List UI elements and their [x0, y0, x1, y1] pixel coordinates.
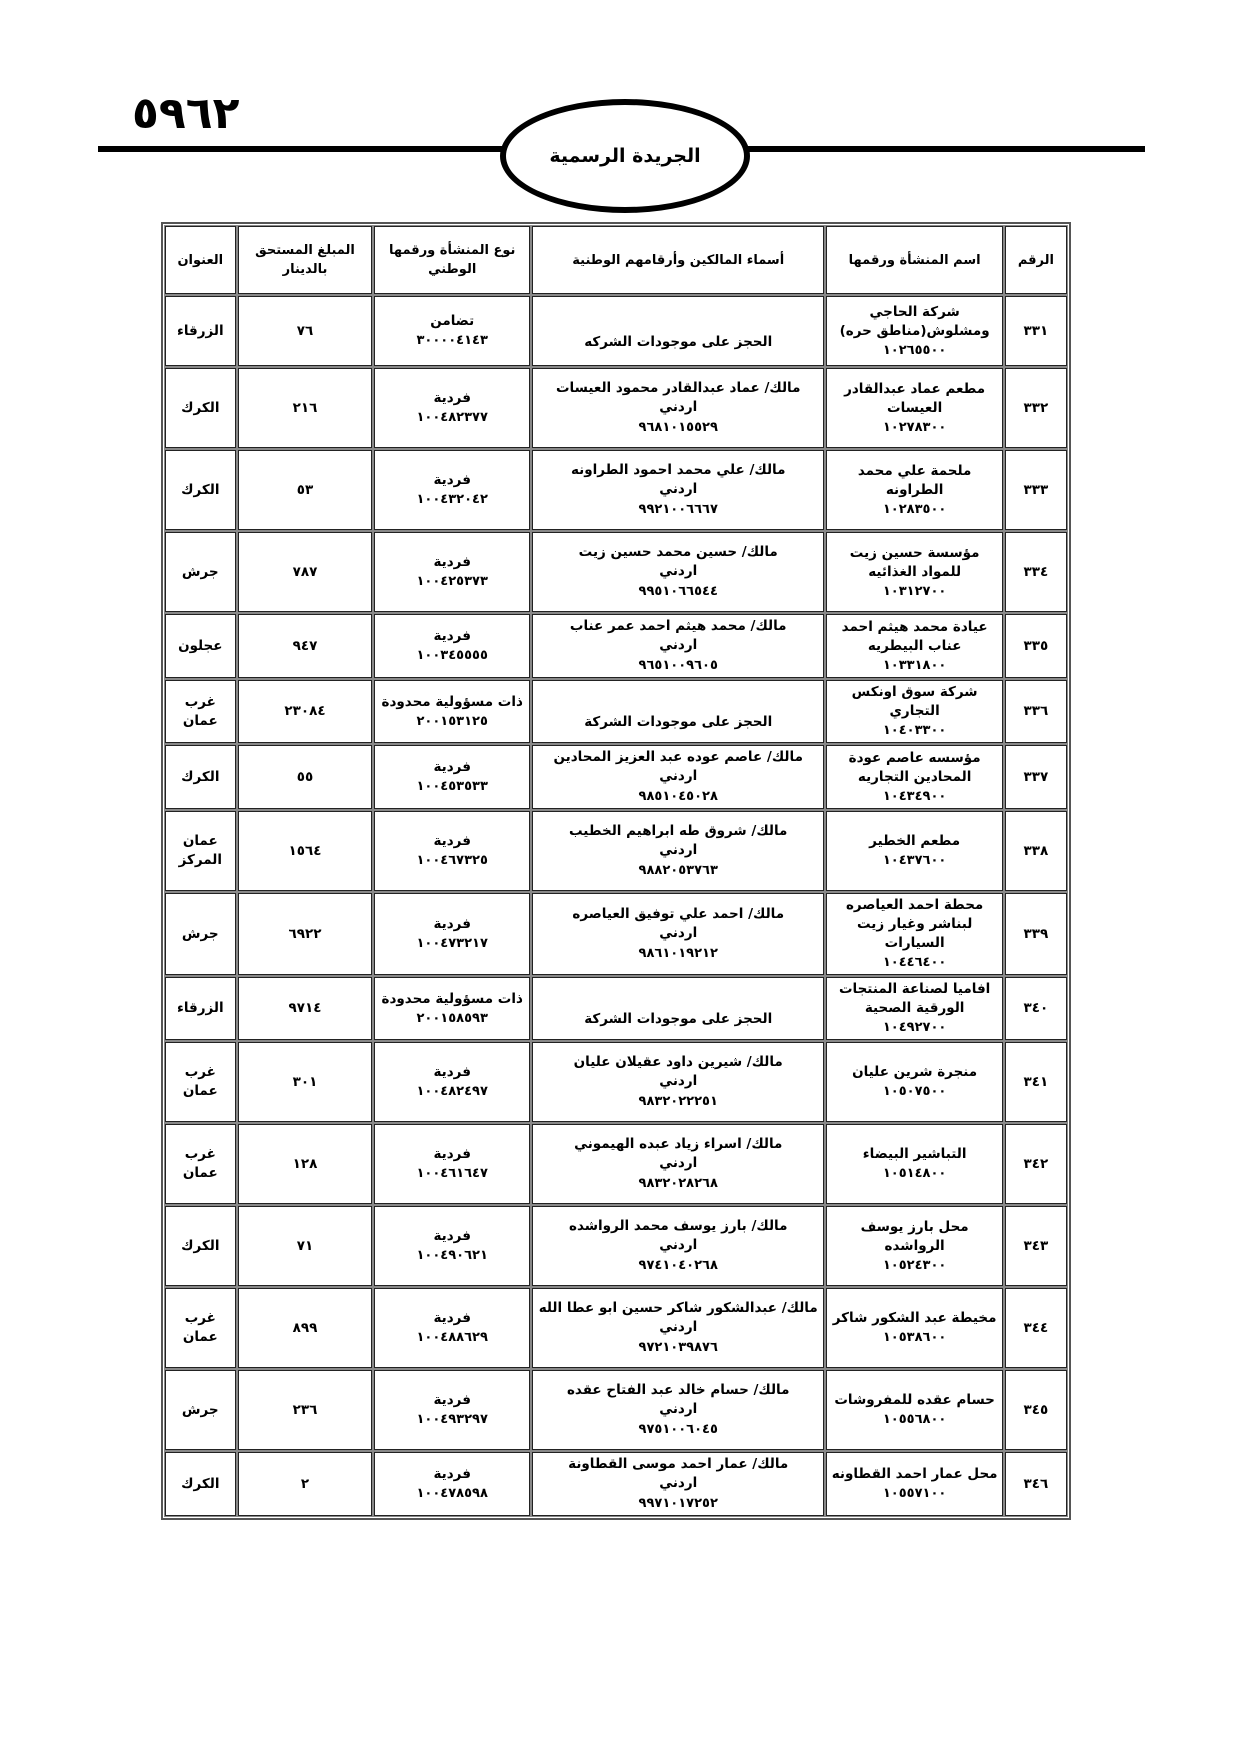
column-header-number: الرقم — [1005, 226, 1067, 294]
type-national-id: ١٠٠٤٦١٦٤٧ — [379, 1164, 525, 1183]
establishment-cell: مخيطة عبد الشكور شاكر١٠٥٣٨٦٠٠ — [826, 1288, 1002, 1368]
amount-due: ٢٣٠٨٤ — [238, 680, 373, 743]
establishment-cell: شركة الحاجيومشلوش(مناطق حره)١٠٢٦٥٥٠٠ — [826, 296, 1002, 366]
establishment-id: ١٠٤٠٣٣٠٠ — [831, 721, 997, 740]
header-rule-left — [98, 146, 504, 152]
establishment-type: فردية — [379, 553, 525, 572]
owner-name: مالك/ شيرين داود عقيلان عليان — [537, 1053, 819, 1072]
type-national-id: ١٠٠٤٨٢٣٧٧ — [379, 408, 525, 427]
establishment-name: محل بارز يوسف — [831, 1218, 997, 1237]
row-number: ٣٤١ — [1005, 1042, 1067, 1122]
establishment-name: ملحمة علي محمد الطراونه — [831, 462, 997, 500]
type-cell: فردية١٠٠٤٣٢٠٤٢ — [374, 450, 530, 530]
row-number: ٣٣٩ — [1005, 893, 1067, 975]
seizure-note: الحجز على موجودات الشركة — [537, 713, 819, 732]
establishment-id: ١٠٤٣٧٦٠٠ — [831, 851, 997, 870]
owner-cell: الحجز على موجودات الشركه — [532, 296, 824, 366]
owner-cell: مالك/ شيرين داود عقيلان علياناردني٩٨٣٢٠٢… — [532, 1042, 824, 1122]
owner-nationality: اردني — [537, 841, 819, 860]
establishment-name: مخيطة عبد الشكور شاكر — [831, 1309, 997, 1328]
type-cell: فردية١٠٠٤٦٧٣٢٥ — [374, 811, 530, 891]
owner-national-id: ٩٧٤١٠٤٠٢٦٨ — [537, 1256, 819, 1275]
address-cell: الكرك — [165, 368, 236, 448]
owner-name: مالك/ احمد علي توفيق العياصره — [537, 905, 819, 924]
establishment-id: ١٠٥٥٧١٠٠ — [831, 1484, 997, 1503]
establishment-type: فردية — [379, 1391, 525, 1410]
owner-nationality: اردني — [537, 1236, 819, 1255]
table-row: ٣٣٦شركة سوق اونكسالتجاري١٠٤٠٣٣٠٠الحجز عل… — [165, 680, 1067, 743]
owner-cell: مالك/ علي محمد احمود الطراونهاردني٩٩٢١٠٠… — [532, 450, 824, 530]
type-cell: فردية١٠٠٤٨٢٤٩٧ — [374, 1042, 530, 1122]
type-cell: فردية١٠٠٤٩٠٦٢١ — [374, 1206, 530, 1286]
owner-national-id: ٩٩٥١٠٦٦٥٤٤ — [537, 582, 819, 601]
establishment-cell: مؤسسه عاصم عودةالمحادين التجاريه١٠٤٣٤٩٠٠ — [826, 745, 1002, 809]
publication-title: الجريدة الرسمية — [549, 145, 700, 167]
establishments-table: الرقم اسم المنشأة ورقمها أسماء المالكين … — [161, 222, 1071, 1520]
address-cell: الكرك — [165, 745, 236, 809]
owner-cell: مالك/ اسراء زياد عبده الهيمونياردني٩٨٣٢٠… — [532, 1124, 824, 1204]
owner-nationality: اردني — [537, 480, 819, 499]
address-cell: غربعمان — [165, 680, 236, 743]
address-line: جرش — [170, 925, 231, 944]
type-cell: فردية١٠٠٤٦١٦٤٧ — [374, 1124, 530, 1204]
address-line: غرب — [170, 1309, 231, 1328]
owner-national-id: ٩٩٢١٠٠٦٦٦٧ — [537, 500, 819, 519]
header-rule-right — [747, 146, 1145, 152]
establishment-name: الورقية الصحية — [831, 999, 997, 1018]
owner-cell: مالك/ شروق طه ابراهيم الخطيباردني٩٨٨٢٠٥٣… — [532, 811, 824, 891]
table-row: ٣٤٣محل بارز يوسفالرواشده١٠٥٢٤٣٠٠مالك/ با… — [165, 1206, 1067, 1286]
establishment-name: مطعم الخطير — [831, 832, 997, 851]
establishment-id: ١٠٣٣١٨٠٠ — [831, 656, 997, 675]
table-row: ٣٣٧مؤسسه عاصم عودةالمحادين التجاريه١٠٤٣٤… — [165, 745, 1067, 809]
amount-due: ٧٨٧ — [238, 532, 373, 612]
amount-due: ٢٣٦ — [238, 1370, 373, 1450]
owner-cell: مالك/ عبدالشكور شاكر حسين ابو عطا اللهار… — [532, 1288, 824, 1368]
amount-due: ٣٠١ — [238, 1042, 373, 1122]
row-number: ٣٤٣ — [1005, 1206, 1067, 1286]
table-row: ٣٤٤مخيطة عبد الشكور شاكر١٠٥٣٨٦٠٠مالك/ عب… — [165, 1288, 1067, 1368]
establishment-name: العيسات — [831, 399, 997, 418]
address-cell: الكرك — [165, 1452, 236, 1516]
address-line: عمان — [170, 1328, 231, 1347]
type-national-id: ١٠٠٤٧٨٥٩٨ — [379, 1484, 525, 1503]
address-line: عمان — [170, 712, 231, 731]
establishment-cell: حسام عقده للمفروشات١٠٥٥٦٨٠٠ — [826, 1370, 1002, 1450]
owner-nationality: اردني — [537, 1072, 819, 1091]
address-cell: عمانالمركز — [165, 811, 236, 891]
address-line: غرب — [170, 1063, 231, 1082]
owner-cell: الحجز على موجودات الشركة — [532, 680, 824, 743]
table-header-row: الرقم اسم المنشأة ورقمها أسماء المالكين … — [165, 226, 1067, 294]
establishment-cell: التباشير البيضاء١٠٥١٤٨٠٠ — [826, 1124, 1002, 1204]
type-cell: فردية١٠٠٤٨٨٦٢٩ — [374, 1288, 530, 1368]
establishment-type: فردية — [379, 1465, 525, 1484]
owner-national-id: ٩٧٥١٠٠٦٠٤٥ — [537, 1420, 819, 1439]
column-header-address: العنوان — [165, 226, 236, 294]
owner-nationality: اردني — [537, 398, 819, 417]
amount-due: ٥٣ — [238, 450, 373, 530]
row-number: ٣٤٦ — [1005, 1452, 1067, 1516]
address-line: غرب — [170, 693, 231, 712]
address-line: عجلون — [170, 637, 231, 656]
establishment-id: ١٠٣١٢٧٠٠ — [831, 582, 997, 601]
row-number: ٣٣٥ — [1005, 614, 1067, 678]
row-number: ٣٣٤ — [1005, 532, 1067, 612]
owner-nationality: اردني — [537, 1400, 819, 1419]
establishment-cell: منجرة شرين عليان١٠٥٠٧٥٠٠ — [826, 1042, 1002, 1122]
type-national-id: ٢٠٠١٥٣١٢٥ — [379, 712, 525, 731]
establishment-type: فردية — [379, 758, 525, 777]
establishment-name: المحادين التجاريه — [831, 768, 997, 787]
type-national-id: ١٠٠٤٨٨٦٢٩ — [379, 1328, 525, 1347]
establishment-id: ١٠٤٤٦٤٠٠ — [831, 953, 997, 972]
establishment-cell: محطة احمد العياصرهلبناشر وغيار زيتالسيار… — [826, 893, 1002, 975]
establishment-id: ١٠٢٨٣٥٠٠ — [831, 500, 997, 519]
amount-due: ٧١ — [238, 1206, 373, 1286]
amount-due: ٢ — [238, 1452, 373, 1516]
type-cell: فردية١٠٠٤٧٣٢١٧ — [374, 893, 530, 975]
type-national-id: ١٠٠٤٩٠٦٢١ — [379, 1246, 525, 1265]
establishment-name: افاميا لصناعة المنتجات — [831, 980, 997, 999]
establishment-name: مطعم عماد عبدالقادر — [831, 380, 997, 399]
column-header-amount: المبلغ المستحق بالدينار — [238, 226, 373, 294]
establishment-type: فردية — [379, 1063, 525, 1082]
table-row: ٣٤٦محل عمار احمد القطاونه١٠٥٥٧١٠٠مالك/ ع… — [165, 1452, 1067, 1516]
owner-name: مالك/ شروق طه ابراهيم الخطيب — [537, 822, 819, 841]
table-row: ٣٤٢التباشير البيضاء١٠٥١٤٨٠٠مالك/ اسراء ز… — [165, 1124, 1067, 1204]
establishment-cell: شركة سوق اونكسالتجاري١٠٤٠٣٣٠٠ — [826, 680, 1002, 743]
amount-due: ٢١٦ — [238, 368, 373, 448]
establishment-id: ١٠٥٥٦٨٠٠ — [831, 1410, 997, 1429]
row-number: ٣٣١ — [1005, 296, 1067, 366]
type-cell: فردية١٠٠٤٩٣٢٩٧ — [374, 1370, 530, 1450]
establishment-type: تضامن — [379, 312, 525, 331]
type-national-id: ١٠٠٤٦٧٣٢٥ — [379, 851, 525, 870]
address-line: غرب — [170, 1145, 231, 1164]
address-cell: جرش — [165, 893, 236, 975]
type-national-id: ١٠٠٤٩٣٢٩٧ — [379, 1410, 525, 1429]
amount-due: ٨٩٩ — [238, 1288, 373, 1368]
owner-national-id: ٩٦٨١٠١٥٥٢٩ — [537, 418, 819, 437]
establishment-name: عناب البيطريه — [831, 637, 997, 656]
column-header-establishment: اسم المنشأة ورقمها — [826, 226, 1002, 294]
row-number: ٣٣٣ — [1005, 450, 1067, 530]
owner-name: مالك/ حسين محمد حسين زيت — [537, 543, 819, 562]
amount-due: ٩٤٧ — [238, 614, 373, 678]
masthead-oval: الجريدة الرسمية — [500, 99, 750, 213]
type-cell: فردية١٠٠٤٢٥٣٧٣ — [374, 532, 530, 612]
owner-national-id: ٩٨٣٢٠٢٨٢٦٨ — [537, 1174, 819, 1193]
address-cell: جرش — [165, 532, 236, 612]
address-line: الكرك — [170, 399, 231, 418]
address-line: الكرك — [170, 481, 231, 500]
owner-cell: مالك/ احمد علي توفيق العياصرهاردني٩٨٦١٠١… — [532, 893, 824, 975]
establishment-name: حسام عقده للمفروشات — [831, 1391, 997, 1410]
type-national-id: ١٠٠٣٤٥٥٥٥ — [379, 646, 525, 665]
establishment-name: التباشير البيضاء — [831, 1145, 997, 1164]
establishment-id: ١٠٥٢٤٣٠٠ — [831, 1256, 997, 1275]
establishment-cell: مطعم الخطير١٠٤٣٧٦٠٠ — [826, 811, 1002, 891]
owner-cell: مالك/ حسين محمد حسين زيتاردني٩٩٥١٠٦٦٥٤٤ — [532, 532, 824, 612]
type-national-id: ٣٠٠٠٠٤١٤٣ — [379, 331, 525, 350]
table-row: ٣٣٩محطة احمد العياصرهلبناشر وغيار زيتالس… — [165, 893, 1067, 975]
row-number: ٣٤٢ — [1005, 1124, 1067, 1204]
establishment-name: محل عمار احمد القطاونه — [831, 1465, 997, 1484]
owner-name: مالك/ اسراء زياد عبده الهيموني — [537, 1135, 819, 1154]
amount-due: ٥٥ — [238, 745, 373, 809]
owner-cell: مالك/ عاصم عوده عبد العزيز المحاديناردني… — [532, 745, 824, 809]
owner-cell: مالك/ حسام خالد عبد الفتاح عقدهاردني٩٧٥١… — [532, 1370, 824, 1450]
address-cell: غربعمان — [165, 1042, 236, 1122]
owner-national-id: ٩٨٦١٠١٩٢١٢ — [537, 944, 819, 963]
establishment-name: عيادة محمد هيثم احمد — [831, 618, 997, 637]
table-row: ٣٤٥حسام عقده للمفروشات١٠٥٥٦٨٠٠مالك/ حسام… — [165, 1370, 1067, 1450]
seizure-note: الحجز على موجودات الشركة — [537, 1010, 819, 1029]
owner-name: مالك/ عماد عبدالقادر محمود العيسات — [537, 379, 819, 398]
table-row: ٣٤٠افاميا لصناعة المنتجاتالورقية الصحية١… — [165, 977, 1067, 1040]
owner-cell: مالك/ عماد عبدالقادر محمود العيساتاردني٩… — [532, 368, 824, 448]
table-row: ٣٣٢مطعم عماد عبدالقادرالعيسات١٠٢٧٨٣٠٠مال… — [165, 368, 1067, 448]
establishment-cell: عيادة محمد هيثم احمدعناب البيطريه١٠٣٣١٨٠… — [826, 614, 1002, 678]
owner-cell: مالك/ عمار احمد موسى القطاونةاردني٩٩٧١٠١… — [532, 1452, 824, 1516]
establishment-name: شركة الحاجي — [831, 303, 997, 322]
owner-name: مالك/ حسام خالد عبد الفتاح عقده — [537, 1381, 819, 1400]
type-national-id: ١٠٠٤٣٢٠٤٢ — [379, 490, 525, 509]
address-cell: الكرك — [165, 450, 236, 530]
column-header-type: نوع المنشأة ورقمها الوطني — [374, 226, 530, 294]
establishment-name: مؤسسة حسين زيت — [831, 544, 997, 563]
owner-national-id: ٩٨٨٢٠٥٣٧٦٣ — [537, 861, 819, 880]
seizure-note: الحجز على موجودات الشركه — [537, 333, 819, 352]
address-line: جرش — [170, 563, 231, 582]
owner-name: مالك/ محمد هيثم احمد عمر عناب — [537, 617, 819, 636]
establishment-cell: مطعم عماد عبدالقادرالعيسات١٠٢٧٨٣٠٠ — [826, 368, 1002, 448]
establishment-type: فردية — [379, 627, 525, 646]
establishment-name: منجرة شرين عليان — [831, 1063, 997, 1082]
row-number: ٣٣٧ — [1005, 745, 1067, 809]
table-row: ٣٣٥عيادة محمد هيثم احمدعناب البيطريه١٠٣٣… — [165, 614, 1067, 678]
establishment-name: محطة احمد العياصره — [831, 896, 997, 915]
address-cell: غربعمان — [165, 1124, 236, 1204]
establishment-cell: افاميا لصناعة المنتجاتالورقية الصحية١٠٤٩… — [826, 977, 1002, 1040]
establishment-cell: ملحمة علي محمد الطراونه١٠٢٨٣٥٠٠ — [826, 450, 1002, 530]
owner-nationality: اردني — [537, 924, 819, 943]
table-row: ٣٤١منجرة شرين عليان١٠٥٠٧٥٠٠مالك/ شيرين د… — [165, 1042, 1067, 1122]
type-national-id: ١٠٠٤٧٣٢١٧ — [379, 934, 525, 953]
amount-due: ٩٧١٤ — [238, 977, 373, 1040]
row-number: ٣٤٠ — [1005, 977, 1067, 1040]
address-line: عمان — [170, 1082, 231, 1101]
table-row: ٣٣٨مطعم الخطير١٠٤٣٧٦٠٠مالك/ شروق طه ابرا… — [165, 811, 1067, 891]
owner-nationality: اردني — [537, 636, 819, 655]
address-cell: غربعمان — [165, 1288, 236, 1368]
type-cell: ذات مسؤولية محدودة٢٠٠١٥٨٥٩٣ — [374, 977, 530, 1040]
address-line: الكرك — [170, 1475, 231, 1494]
establishment-type: فردية — [379, 389, 525, 408]
owner-cell: مالك/ محمد هيثم احمد عمر عناباردني٩٦٥١٠٠… — [532, 614, 824, 678]
owner-nationality: اردني — [537, 1474, 819, 1493]
address-line: الزرقاء — [170, 999, 231, 1018]
establishment-name: الرواشده — [831, 1237, 997, 1256]
establishment-type: ذات مسؤولية محدودة — [379, 693, 525, 712]
amount-due: ١٢٨ — [238, 1124, 373, 1204]
establishment-name: التجاري — [831, 702, 997, 721]
type-national-id: ٢٠٠١٥٨٥٩٣ — [379, 1009, 525, 1028]
address-line: جرش — [170, 1401, 231, 1420]
table-body: ٣٣١شركة الحاجيومشلوش(مناطق حره)١٠٢٦٥٥٠٠ا… — [165, 296, 1067, 1516]
row-number: ٣٣٦ — [1005, 680, 1067, 743]
establishment-id: ١٠٥١٤٨٠٠ — [831, 1164, 997, 1183]
owner-nationality: اردني — [537, 1318, 819, 1337]
type-cell: ذات مسؤولية محدودة٢٠٠١٥٣١٢٥ — [374, 680, 530, 743]
establishment-type: فردية — [379, 832, 525, 851]
address-cell: الزرقاء — [165, 296, 236, 366]
type-cell: فردية١٠٠٤٥٣٥٣٣ — [374, 745, 530, 809]
type-national-id: ١٠٠٤٢٥٣٧٣ — [379, 572, 525, 591]
address-line: الزرقاء — [170, 322, 231, 341]
establishment-id: ١٠٥٠٧٥٠٠ — [831, 1082, 997, 1101]
establishment-type: فردية — [379, 1309, 525, 1328]
establishment-name: السيارات — [831, 934, 997, 953]
row-number: ٣٣٨ — [1005, 811, 1067, 891]
owner-national-id: ٩٩٧١٠١٧٢٥٢ — [537, 1494, 819, 1513]
column-header-owners: أسماء المالكين وأرقامهم الوطنية — [532, 226, 824, 294]
owner-name: مالك/ عبدالشكور شاكر حسين ابو عطا الله — [537, 1299, 819, 1318]
address-line: عمان — [170, 1164, 231, 1183]
owner-name: مالك/ عاصم عوده عبد العزيز المحادين — [537, 748, 819, 767]
table-row: ٣٣٣ملحمة علي محمد الطراونه١٠٢٨٣٥٠٠مالك/ … — [165, 450, 1067, 530]
establishment-name: للمواد الغذائيه — [831, 563, 997, 582]
row-number: ٣٤٤ — [1005, 1288, 1067, 1368]
address-cell: الكرك — [165, 1206, 236, 1286]
establishment-cell: محل عمار احمد القطاونه١٠٥٥٧١٠٠ — [826, 1452, 1002, 1516]
table-row: ٣٣٤مؤسسة حسين زيتللمواد الغذائيه١٠٣١٢٧٠٠… — [165, 532, 1067, 612]
owner-cell: مالك/ بارز يوسف محمد الرواشدهاردني٩٧٤١٠٤… — [532, 1206, 824, 1286]
owner-name: مالك/ علي محمد احمود الطراونه — [537, 461, 819, 480]
establishment-type: ذات مسؤولية محدودة — [379, 990, 525, 1009]
table-row: ٣٣١شركة الحاجيومشلوش(مناطق حره)١٠٢٦٥٥٠٠ا… — [165, 296, 1067, 366]
address-line: عمان — [170, 832, 231, 851]
establishment-type: فردية — [379, 915, 525, 934]
address-cell: عجلون — [165, 614, 236, 678]
type-cell: فردية١٠٠٤٨٢٣٧٧ — [374, 368, 530, 448]
page-number: ٥٩٦٢ — [132, 88, 239, 139]
address-line: المركز — [170, 851, 231, 870]
establishment-type: فردية — [379, 1145, 525, 1164]
amount-due: ٦٩٢٢ — [238, 893, 373, 975]
establishment-type: فردية — [379, 471, 525, 490]
row-number: ٣٤٥ — [1005, 1370, 1067, 1450]
establishment-id: ١٠٢٧٨٣٠٠ — [831, 418, 997, 437]
owner-national-id: ٩٦٥١٠٠٩٦٠٥ — [537, 656, 819, 675]
owner-national-id: ٩٧٢١٠٣٩٨٧٦ — [537, 1338, 819, 1357]
establishment-id: ١٠٤٩٢٧٠٠ — [831, 1018, 997, 1037]
owner-national-id: ٩٨٣٢٠٢٢٢٥١ — [537, 1092, 819, 1111]
type-cell: تضامن٣٠٠٠٠٤١٤٣ — [374, 296, 530, 366]
type-national-id: ١٠٠٤٨٢٤٩٧ — [379, 1082, 525, 1101]
address-line: الكرك — [170, 1237, 231, 1256]
address-cell: الزرقاء — [165, 977, 236, 1040]
amount-due: ٧٦ — [238, 296, 373, 366]
establishment-name: لبناشر وغيار زيت — [831, 915, 997, 934]
type-national-id: ١٠٠٤٥٣٥٣٣ — [379, 777, 525, 796]
owner-name: مالك/ بارز يوسف محمد الرواشده — [537, 1217, 819, 1236]
establishment-cell: مؤسسة حسين زيتللمواد الغذائيه١٠٣١٢٧٠٠ — [826, 532, 1002, 612]
owner-nationality: اردني — [537, 562, 819, 581]
owner-nationality: اردني — [537, 1154, 819, 1173]
type-cell: فردية١٠٠٣٤٥٥٥٥ — [374, 614, 530, 678]
establishment-name: مؤسسه عاصم عودة — [831, 749, 997, 768]
type-cell: فردية١٠٠٤٧٨٥٩٨ — [374, 1452, 530, 1516]
establishment-id: ١٠٤٣٤٩٠٠ — [831, 787, 997, 806]
establishment-type: فردية — [379, 1227, 525, 1246]
address-cell: جرش — [165, 1370, 236, 1450]
establishment-cell: محل بارز يوسفالرواشده١٠٥٢٤٣٠٠ — [826, 1206, 1002, 1286]
establishment-id: ١٠٥٣٨٦٠٠ — [831, 1328, 997, 1347]
establishment-name: شركة سوق اونكس — [831, 683, 997, 702]
owner-nationality: اردني — [537, 767, 819, 786]
establishment-id: ١٠٢٦٥٥٠٠ — [831, 341, 997, 360]
establishment-name: ومشلوش(مناطق حره) — [831, 322, 997, 341]
owner-cell: الحجز على موجودات الشركة — [532, 977, 824, 1040]
address-line: الكرك — [170, 768, 231, 787]
owner-national-id: ٩٨٥١٠٤٥٠٢٨ — [537, 787, 819, 806]
row-number: ٣٣٢ — [1005, 368, 1067, 448]
amount-due: ١٥٦٤ — [238, 811, 373, 891]
owner-name: مالك/ عمار احمد موسى القطاونة — [537, 1455, 819, 1474]
